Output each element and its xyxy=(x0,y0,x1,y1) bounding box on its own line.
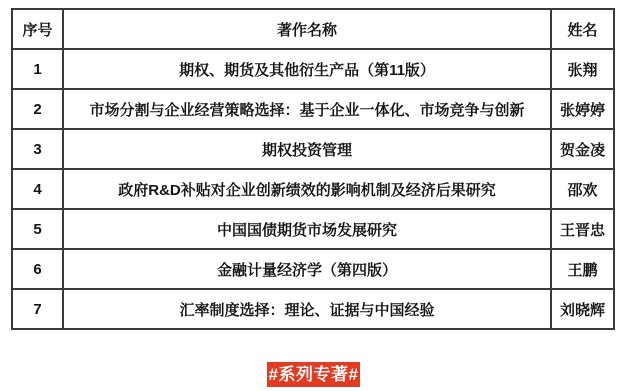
row-title: 期权、期货及其他衍生产品（第11版） xyxy=(63,49,551,89)
row-name: 张翔 xyxy=(551,49,614,89)
row-name: 刘晓辉 xyxy=(551,289,614,329)
table-row: 7 汇率制度选择：理论、证据与中国经验 刘晓辉 xyxy=(12,289,614,329)
page: 序号 著作名称 姓名 1 期权、期货及其他衍生产品（第11版） 张翔 2 市场分… xyxy=(0,0,627,391)
row-title: 政府R&D补贴对企业创新绩效的影响机制及经济后果研究 xyxy=(63,169,551,209)
table-row: 2 市场分割与企业经营策略选择：基于企业一体化、市场竞争与创新 张婷婷 xyxy=(12,89,614,129)
row-index: 1 xyxy=(12,49,63,89)
row-title: 市场分割与企业经营策略选择：基于企业一体化、市场竞争与创新 xyxy=(63,89,551,129)
row-name: 王鹏 xyxy=(551,249,614,289)
publications-table: 序号 著作名称 姓名 1 期权、期货及其他衍生产品（第11版） 张翔 2 市场分… xyxy=(11,8,615,330)
table-row: 3 期权投资管理 贺金凌 xyxy=(12,129,614,169)
row-name: 贺金凌 xyxy=(551,129,614,169)
row-title: 汇率制度选择：理论、证据与中国经验 xyxy=(63,289,551,329)
row-name: 张婷婷 xyxy=(551,89,614,129)
row-name: 王晋忠 xyxy=(551,209,614,249)
row-name: 邵欢 xyxy=(551,169,614,209)
table-row: 4 政府R&D补贴对企业创新绩效的影响机制及经济后果研究 邵欢 xyxy=(12,169,614,209)
table-row: 6 金融计量经济学（第四版） 王鹏 xyxy=(12,249,614,289)
row-title: 中国国债期货市场发展研究 xyxy=(63,209,551,249)
table-row: 1 期权、期货及其他衍生产品（第11版） 张翔 xyxy=(12,49,614,89)
table-row: 5 中国国债期货市场发展研究 王晋忠 xyxy=(12,209,614,249)
row-index: 5 xyxy=(12,209,63,249)
header-title: 著作名称 xyxy=(63,9,551,49)
table-header-row: 序号 著作名称 姓名 xyxy=(12,9,614,49)
row-index: 4 xyxy=(12,169,63,209)
header-index: 序号 xyxy=(12,9,63,49)
row-title: 期权投资管理 xyxy=(63,129,551,169)
row-title: 金融计量经济学（第四版） xyxy=(63,249,551,289)
footer-tag-container: #系列专著# xyxy=(0,362,627,387)
row-index: 6 xyxy=(12,249,63,289)
row-index: 2 xyxy=(12,89,63,129)
row-index: 7 xyxy=(12,289,63,329)
header-name: 姓名 xyxy=(551,9,614,49)
series-tag: #系列专著# xyxy=(267,362,361,387)
row-index: 3 xyxy=(12,129,63,169)
